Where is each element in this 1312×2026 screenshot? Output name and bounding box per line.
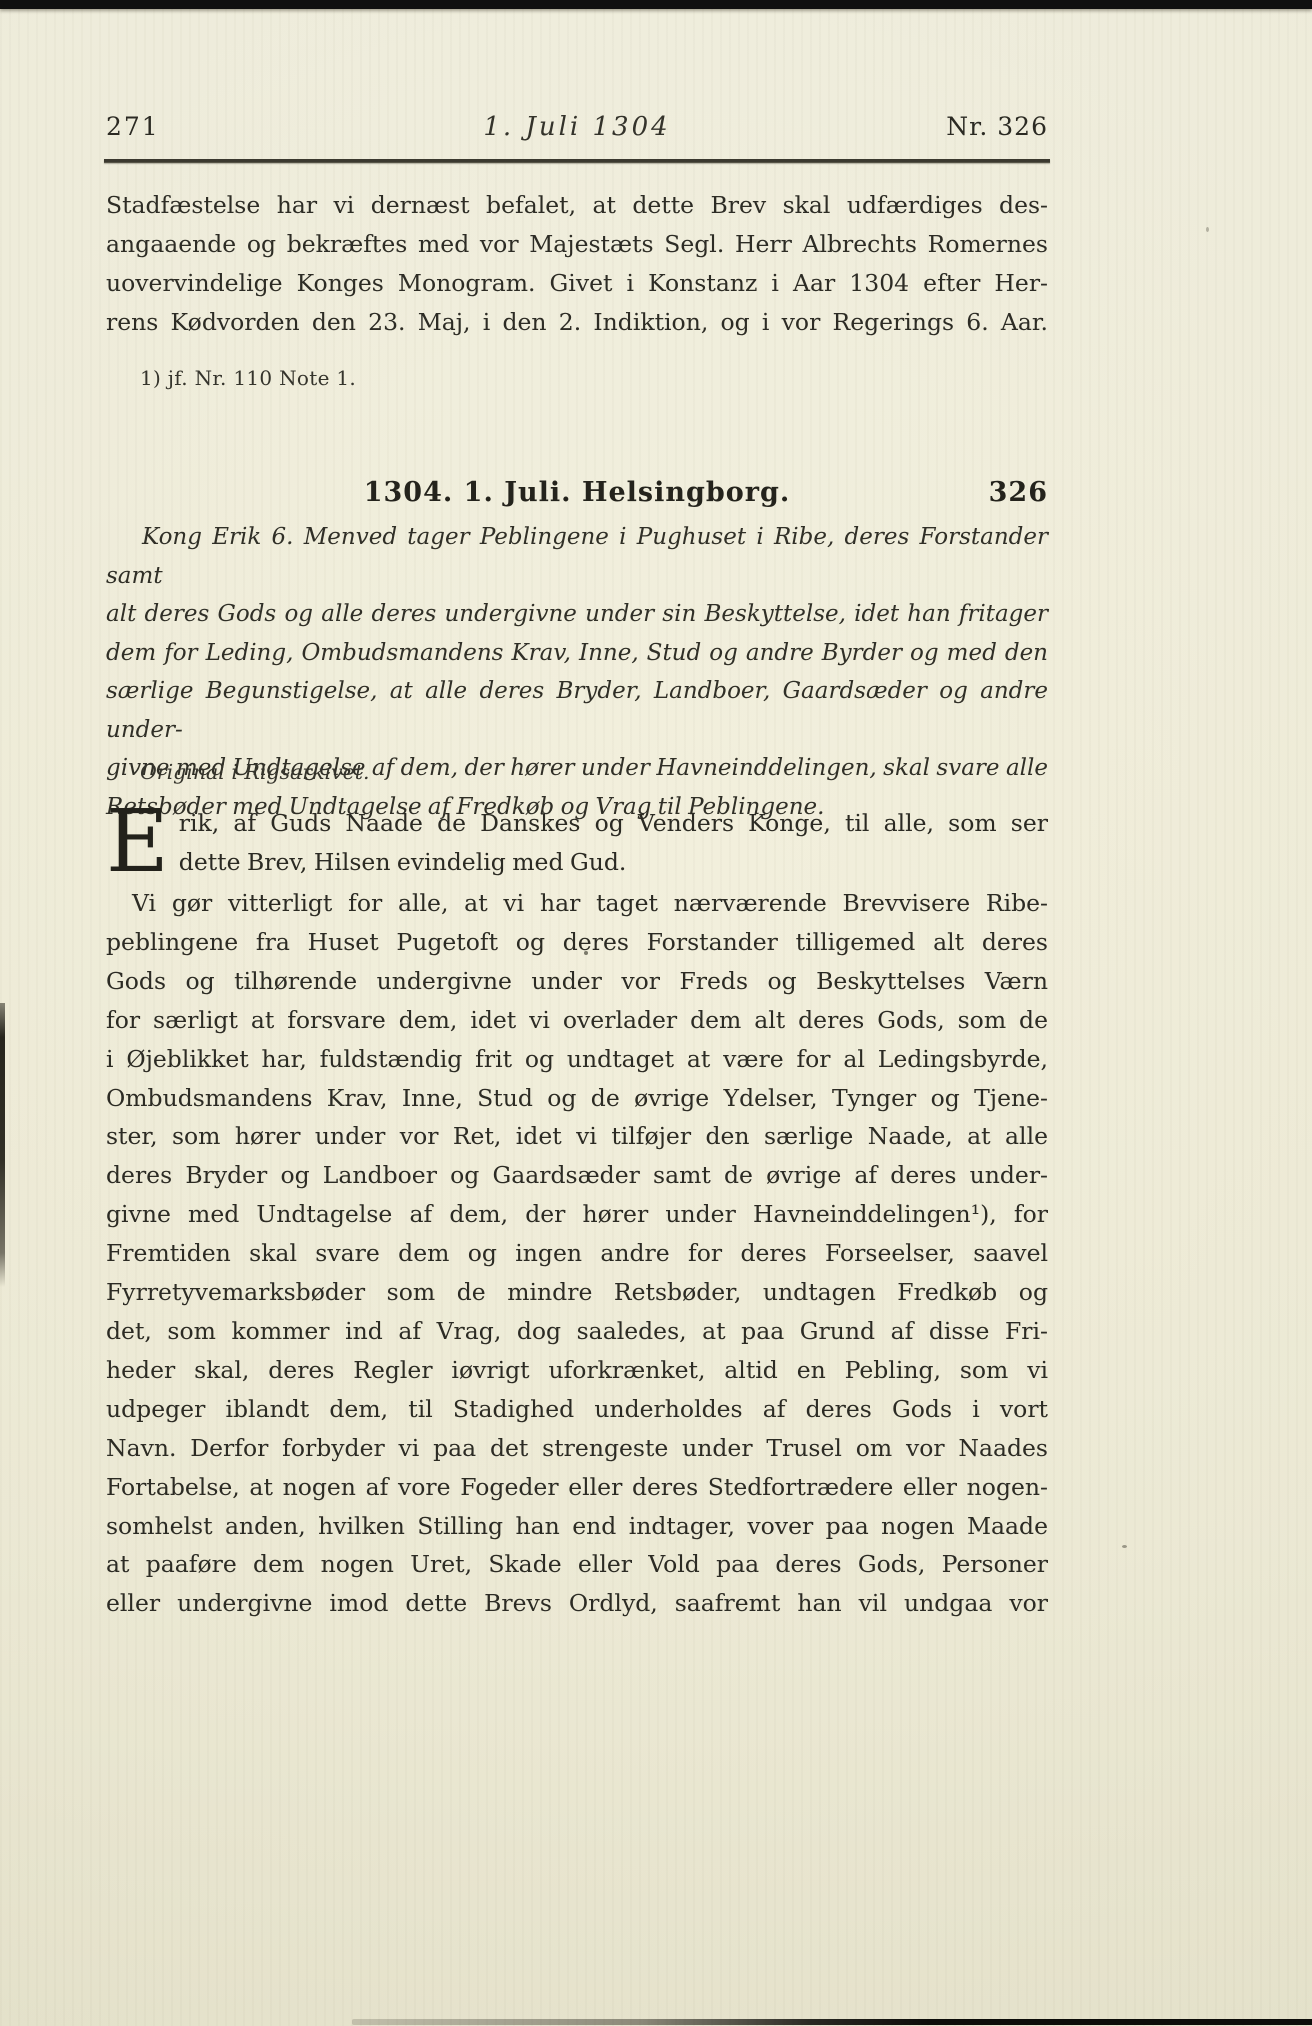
document-heading-number: 326 — [989, 477, 1048, 508]
text-line: somhelst anden, hvilken Stilling han end… — [106, 1507, 1048, 1546]
text-line: Kong Erik 6. Menved tager Peblingene i P… — [106, 518, 1048, 595]
drop-cap: E — [106, 804, 179, 886]
scan-edge-bottom — [352, 2019, 1312, 2025]
text-line: Gods og tilhørende undergivne under vor … — [106, 962, 1048, 1001]
text-line: alt deres Gods og alle deres undergivne … — [106, 595, 1048, 634]
document-heading: 1304. 1. Juli. Helsingborg. — [106, 477, 1048, 508]
text-line: angaaende og bekræftes med vor Majestæts… — [106, 225, 1048, 264]
text-line: Stadfæstelse har vi dernæst befalet, at … — [106, 186, 1048, 225]
opening-paragraph: E rik, af Guds Naade de Danskes og Vende… — [106, 804, 1048, 886]
text-line: Fyrretyvemarksbøder som de mindre Retsbø… — [106, 1273, 1048, 1312]
text-line: for særligt at forsvare dem, idet vi ove… — [106, 1001, 1048, 1040]
doc-number: Nr. 326 — [946, 112, 1048, 141]
text-line: særlige Begunstigelse, at alle deres Bry… — [106, 672, 1048, 749]
text-line: Ombudsmandens Krav, Inne, Stud og de øvr… — [106, 1079, 1048, 1118]
text-line: Fortabelse, at nogen af vore Fogeder ell… — [106, 1468, 1048, 1507]
text-line: Fremtiden skal svare dem og ingen andre … — [106, 1234, 1048, 1273]
text-line: heder skal, deres Regler iøvrigt uforkræ… — [106, 1351, 1048, 1390]
continuation-paragraph: Stadfæstelse har vi dernæst befalet, at … — [106, 186, 1048, 342]
text-line: rik, af Guds Naade de Danskes og Venders… — [106, 804, 1048, 843]
document-heading-row: 1304. 1. Juli. Helsingborg. 326 — [106, 477, 1048, 513]
text-line: Navn. Derfor forbyder vi paa det strenge… — [106, 1429, 1048, 1468]
text-line: Vi gør vitterligt for alle, at vi har ta… — [106, 884, 1048, 923]
text-line: dem for Leding, Ombudsmandens Krav, Inne… — [106, 634, 1048, 673]
text-line: eller undergivne imod dette Brevs Ordlyd… — [106, 1584, 1048, 1623]
scan-edge-left — [0, 1003, 5, 1287]
text-line: uovervindelige Konges Monogram. Givet i … — [106, 264, 1048, 303]
text-line: at paaføre dem nogen Uret, Skade eller V… — [106, 1545, 1048, 1584]
scan-speck — [1122, 1545, 1127, 1548]
scanned-book-page: { "colors": { "paper": "#f1eeda", "ink":… — [0, 0, 1312, 2026]
footnote: 1) jf. Nr. 110 Note 1. — [106, 366, 1082, 390]
text-line: givne med Undtagelse af dem, der hører u… — [106, 1195, 1048, 1234]
text-line: deres Bryder og Landboer og Gaardsæder s… — [106, 1156, 1048, 1195]
text-line: udpeger iblandt dem, til Stadighed under… — [106, 1390, 1048, 1429]
scan-edge-top — [0, 0, 1312, 9]
text-line: dette Brev, Hilsen evindelig med Gud. — [106, 843, 1048, 882]
body-paragraph: Vi gør vitterligt for alle, at vi har ta… — [106, 884, 1048, 1623]
running-title: 1. Juli 1304 — [106, 112, 1048, 142]
text-line: det, som kommer ind af Vrag, dog saalede… — [106, 1312, 1048, 1351]
text-line: ster, som hører under vor Ret, idet vi t… — [106, 1117, 1048, 1156]
header-rule — [104, 159, 1050, 163]
text-line: i Øjeblikket har, fuldstændig frit og un… — [106, 1040, 1048, 1079]
running-header: 271 1. Juli 1304 Nr. 326 — [106, 112, 1048, 144]
source-note: Original i Rigsarkivet. — [106, 760, 1082, 784]
text-line: rens Kødvorden den 23. Maj, i den 2. Ind… — [106, 303, 1048, 342]
text-line: peblingene fra Huset Pugetoft og deres F… — [106, 923, 1048, 962]
scan-speck — [1206, 227, 1209, 232]
